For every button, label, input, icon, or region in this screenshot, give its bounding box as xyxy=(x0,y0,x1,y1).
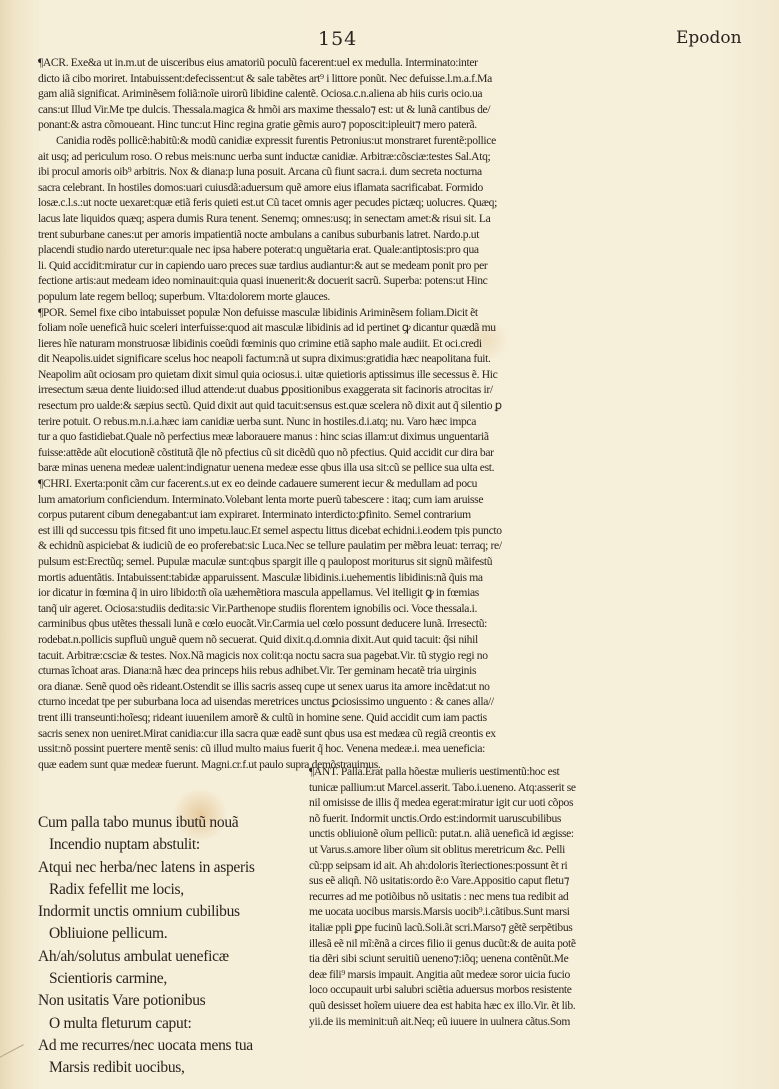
text-line: corpus putarent cibum denegabant:ut iam … xyxy=(38,507,728,523)
text-line: quũ desisset hoĩem uiuere dea est habita… xyxy=(309,998,729,1014)
text-line: gam aliã significat. Ariminẽsem foliã:no… xyxy=(38,86,728,102)
text-line: Canidia rodẽs pollicẽ:habitũ:& modũ cani… xyxy=(38,133,728,149)
text-line: tunicæ pallium:ut Marcel.asserit. Tabo.i… xyxy=(309,780,729,796)
text-line: sacra celebrant. In hostiles domos:uari … xyxy=(38,180,728,196)
text-line: rodebat.n.pollicis supfluũ unguẽ quem nõ… xyxy=(38,632,728,648)
text-line: O multa fleturum caput: xyxy=(38,1013,308,1035)
text-line: li. Quid accidit:miratur cur in capiendo… xyxy=(38,258,728,274)
text-line: mortis aduentãtis. Intabuissent:tabidæ a… xyxy=(38,570,728,586)
text-line: tanq̃ uir ageret. Ociosa:studiis dedita:… xyxy=(38,601,728,617)
text-line: Ah/ah/solutus ambulat ueneficæ xyxy=(38,946,308,968)
text-line: resectum pro ualde:& sæpius sectũ. Quid … xyxy=(38,398,728,414)
text-line: cturno incedat tpe per suburbana loca ad… xyxy=(38,694,728,710)
text-line: sus eẽ aliqñ. Nõ usitatis:ordo ẽ:o Vare.… xyxy=(309,873,729,889)
text-line: recurres ad me potiõibus nõ usitatis : n… xyxy=(309,889,729,905)
text-line: illesã eẽ nil mĩ:ẽnã a circes filio ii g… xyxy=(309,936,729,952)
text-line: terire potuit. O rebus.m.n.i.a.hæc iam c… xyxy=(38,414,728,430)
text-line: tia dẽri sibi sciunt seruitiũ ueneno⁊:iõ… xyxy=(309,951,729,967)
text-line: Neapolim aũt ociosam pro quietam dixit s… xyxy=(38,367,728,383)
text-line: sacris senex non ueniret.Mirat canidia:c… xyxy=(38,726,728,742)
verse-block: Cum palla tabo munus ibutũ nouãIncendio … xyxy=(38,812,308,1080)
text-line: Cum palla tabo munus ibutũ nouã xyxy=(38,812,308,834)
text-line: ¶ANT. Palla.Erat palla hõestæ mulieris u… xyxy=(309,764,729,780)
text-line: cans:ut Illud Vir.Me tpe dulcis. Thessal… xyxy=(38,102,728,118)
commentary-top: ¶ACR. Exe&a ut in.m.ut de uisceribus eiu… xyxy=(38,55,728,772)
text-line: ora dianæ. Senẽ quod oẽs rideant.Ostendi… xyxy=(38,679,728,695)
text-line: fuisse:attẽde aũt elocutionẽ cõstitutã q… xyxy=(38,445,728,461)
book-page: 154 Epodon ¶ACR. Exe&a ut in.m.ut de uis… xyxy=(0,0,779,1089)
text-line: deæ fili⁹ marsis impauit. Angitia aũt me… xyxy=(309,967,729,983)
text-line: losæ.c.l.s.:ut nocte uexaret:quæ etiã fe… xyxy=(38,195,728,211)
text-line: tur a quo fastidiebat.Quale nõ perfectiu… xyxy=(38,429,728,445)
text-line: populum late regem belloq; superbum. Vlt… xyxy=(38,289,728,305)
text-line: placendi studio nardo uteretur:quale nec… xyxy=(38,242,728,258)
text-line: lacus late liquidos quæq; aspera dumis R… xyxy=(38,211,728,227)
text-line: ait usq; ad periculum roso. O rebus meis… xyxy=(38,149,728,165)
text-line: ior dicatur in fœmina q̃ in uiro libido:… xyxy=(38,585,728,601)
text-line: fectione artis:aut medeam ideo nominauit… xyxy=(38,273,728,289)
margin-mark xyxy=(0,1044,33,1077)
page-number: 154 xyxy=(318,28,357,50)
text-line: & echidnũ aspiciebat & iudiciũ de eo pro… xyxy=(38,538,728,554)
text-line: Non usitatis Vare potionibus xyxy=(38,990,308,1012)
text-line: dicto iã cibo moriret. Intabuissent:defe… xyxy=(38,71,728,87)
text-line: unctis obliuionẽ oĩum pellicũ: putat.n. … xyxy=(309,826,729,842)
text-line: ponant:& astra cõmoueant. Hinc tunc:ut H… xyxy=(38,117,728,133)
text-line: Ad me recurres/nec uocata mens tua xyxy=(38,1035,308,1057)
text-line: ¶CHRI. Exerta:ponit cãm cur facerent.s.u… xyxy=(38,476,728,492)
text-line: carminibus qbus utẽtes thessali lunã e c… xyxy=(38,616,728,632)
text-line: tacuit. Arbitræ:csciæ & testes. Nox.Nã m… xyxy=(38,648,728,664)
text-line: ¶POR. Semel fixe cibo intabuisset populæ… xyxy=(38,305,728,321)
text-line: trent illi transeunti:hoĩesq; rideant iu… xyxy=(38,710,728,726)
page-header: 154 Epodon xyxy=(0,22,779,52)
text-line: Radix fefellit me locis, xyxy=(38,879,308,901)
text-line: nil omisisse de illis q̃ medea egerat:mi… xyxy=(309,795,729,811)
text-line: Marsis redibit uocibus, xyxy=(38,1057,308,1079)
text-line: ussit:nõ possint puertere mentẽ senis: c… xyxy=(38,741,728,757)
text-line: foliam noĩe ueneficã huic sceleri interf… xyxy=(38,320,728,336)
text-line: me uocata uocibus marsis.Marsis uocib⁹.i… xyxy=(309,904,729,920)
text-line: ibi procul amoris oib⁹ arbitris. Nox & d… xyxy=(38,164,728,180)
text-line: Obliuione pellicum. xyxy=(38,923,308,945)
text-line: est illi qd successu tpis fit:sed fit un… xyxy=(38,523,728,539)
text-line: pulsum est:Erectũq; semel. Pupulæ maculæ… xyxy=(38,554,728,570)
text-line: baræ minas uenena medeæ ualent:indignatu… xyxy=(38,460,728,476)
text-line: cturnas ĩchoat aras. Diana:nã hæc dea pr… xyxy=(38,663,728,679)
text-line: lieres hĩe naturam monstruosæ libidinis … xyxy=(38,336,728,352)
text-line: Incendio nuptam abstulit: xyxy=(38,834,308,856)
text-line: italiæ ppli ꝑpe fucinũ lacũ.Soli.ãt scri… xyxy=(309,920,729,936)
text-line: ¶ACR. Exe&a ut in.m.ut de uisceribus eiu… xyxy=(38,55,728,71)
text-line: loco occupauit urbi salubri sciẽtia adue… xyxy=(309,982,729,998)
text-line: nõ fuerit. Indormit unctis.Ordo est:indo… xyxy=(309,811,729,827)
text-line: Atqui nec herba/nec latens in asperis xyxy=(38,857,308,879)
text-line: irresectum sæua dente liuido:sed illud a… xyxy=(38,382,728,398)
text-line: yii.de iis meminit:uñ ait.Neq; eũ iuuere… xyxy=(309,1014,729,1030)
text-line: Indormit unctis omnium cubilibus xyxy=(38,901,308,923)
text-line: ut Varus.s.amore liber oĩum sit oblitus … xyxy=(309,842,729,858)
text-line: cũ:pp seipsam id ait. Ah ah:doloris ĩter… xyxy=(309,858,729,874)
text-line: trent suburbane canes:ut per amoris impa… xyxy=(38,227,728,243)
running-title: Epodon xyxy=(676,28,742,48)
text-line: Scientioris carmine, xyxy=(38,968,308,990)
text-line: lum amatorium conficiendum. Interminato.… xyxy=(38,492,728,508)
commentary-right: ¶ANT. Palla.Erat palla hõestæ mulieris u… xyxy=(309,764,729,1029)
text-line: dit Neapolis.uidet significare scelus ho… xyxy=(38,351,728,367)
